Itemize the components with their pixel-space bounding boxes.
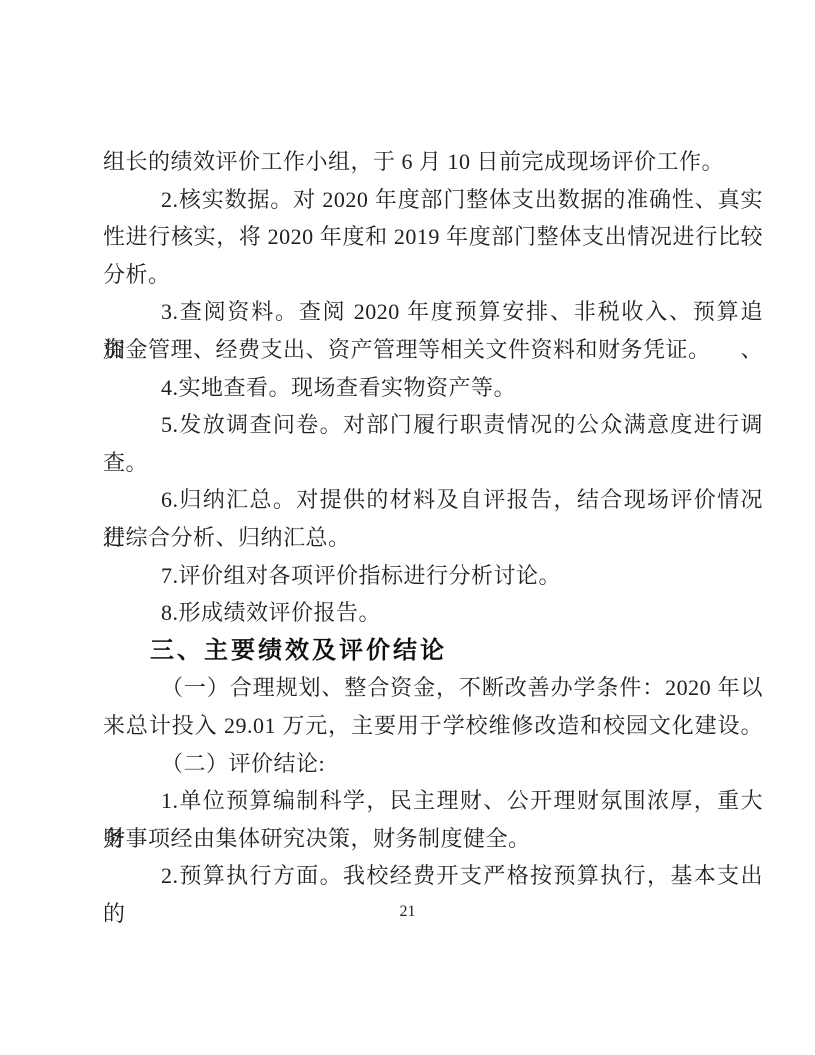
- text-line: 7.评价组对各项评价指标进行分析讨论。: [103, 557, 763, 595]
- document-page: 组长的绩效评价工作小组，于 6 月 10 日前完成现场评价工作。 2.核实数据。…: [0, 0, 815, 1055]
- text-line: 8.形成绩效评价报告。: [103, 594, 763, 632]
- text-line: 5.发放调查问卷。对部门履行职责情况的公众满意度进行调: [103, 406, 763, 444]
- text-line: 分析。: [103, 256, 763, 294]
- text-line: 4.实地查看。现场查看实物资产等。: [103, 369, 763, 407]
- text-line: 组长的绩效评价工作小组，于 6 月 10 日前完成现场评价工作。: [103, 143, 763, 181]
- text-line: 2.核实数据。对 2020 年度部门整体支出数据的准确性、真实: [103, 181, 763, 219]
- text-line: 3.查阅资料。查阅 2020 年度预算安排、非税收入、预算追加、: [103, 293, 763, 331]
- text-line: 1.单位预算编制科学，民主理财、公开理财氛围浓厚，重大财: [103, 782, 763, 820]
- text-line: （二）评价结论:: [103, 745, 763, 783]
- section-heading: 三、主要绩效及评价结论: [103, 632, 763, 670]
- text-line: 来总计投入 29.01 万元，主要用于学校维修改造和校园文化建设。: [103, 707, 763, 745]
- text-line: （一）合理规划、整合资金，不断改善办学条件：2020 年以: [103, 669, 763, 707]
- text-line: 查。: [103, 444, 763, 482]
- text-line: 行综合分析、归纳汇总。: [103, 519, 763, 557]
- text-line: 务事项经由集体研究决策，财务制度健全。: [103, 820, 763, 858]
- document-body: 组长的绩效评价工作小组，于 6 月 10 日前完成现场评价工作。 2.核实数据。…: [103, 143, 763, 895]
- text-line: 性进行核实，将 2020 年度和 2019 年度部门整体支出情况进行比较: [103, 218, 763, 256]
- page-number: 21: [0, 903, 815, 921]
- text-line: 6.归纳汇总。对提供的材料及自评报告，结合现场评价情况进: [103, 481, 763, 519]
- text-line: 资金管理、经费支出、资产管理等相关文件资料和财务凭证。: [103, 331, 763, 369]
- text-line: 2.预算执行方面。我校经费开支严格按预算执行，基本支出的: [103, 857, 763, 895]
